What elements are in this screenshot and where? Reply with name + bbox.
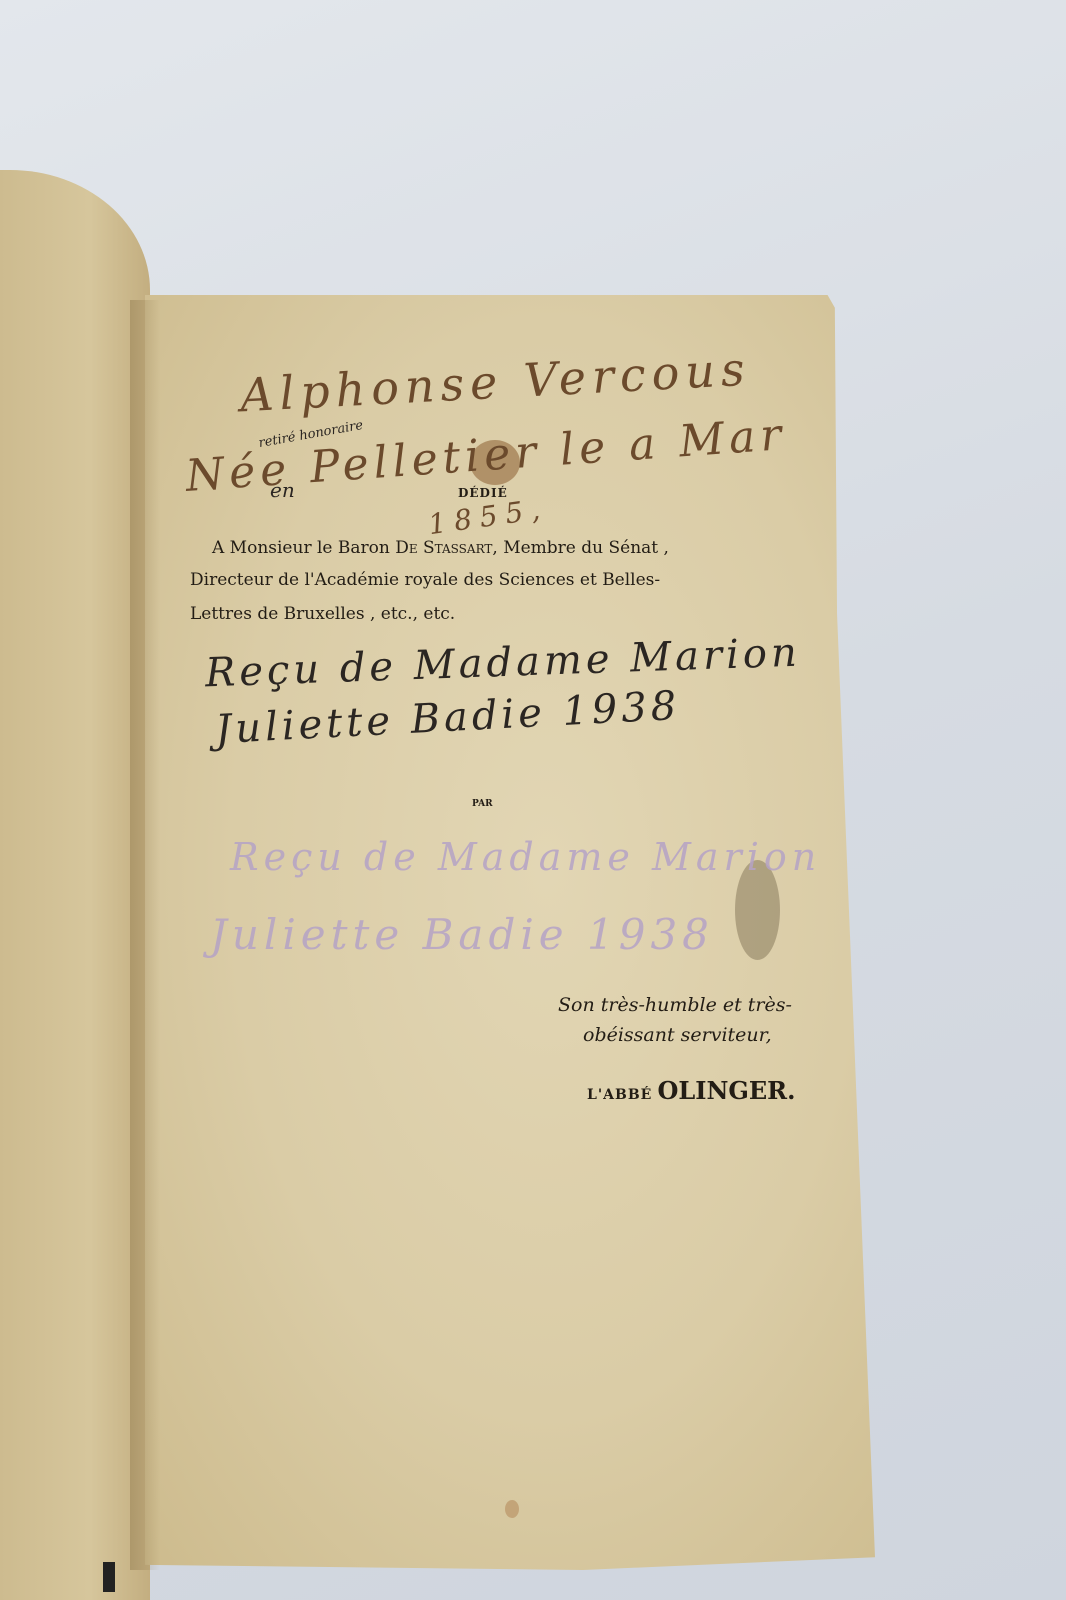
dedication-suffix: , Membre du Sénat , bbox=[492, 538, 669, 558]
handwriting-annotation-en: en bbox=[270, 478, 295, 502]
left-page bbox=[0, 170, 150, 1600]
book-gutter-shadow bbox=[130, 300, 160, 1570]
stain-bottom bbox=[505, 1500, 519, 1518]
dedication-name: De Stassart bbox=[395, 538, 492, 558]
author-line: L'ABBÉ OLINGER. bbox=[587, 1076, 795, 1105]
book-spine-edge bbox=[103, 1562, 115, 1592]
closing-line-2: obéissant serviteur, bbox=[583, 1024, 772, 1046]
author-name: OLINGER. bbox=[657, 1076, 795, 1105]
handwriting-violet-line-2: Juliette Badie 1938 bbox=[210, 910, 714, 959]
handwriting-violet-line-1: Reçu de Madame Marion bbox=[230, 835, 821, 879]
dedication-line-2: Directeur de l'Académie royale des Scien… bbox=[190, 570, 660, 590]
dedication-line-3: Lettres de Bruxelles , etc., etc. bbox=[190, 604, 455, 624]
dedication-line-1: A Monsieur le Baron De Stassart, Membre … bbox=[212, 538, 669, 558]
dedication-prefix: A Monsieur le Baron bbox=[212, 538, 395, 558]
par-label: PAR bbox=[472, 799, 493, 809]
author-prefix: L'ABBÉ bbox=[587, 1087, 652, 1103]
closing-line-1: Son très-humble et très- bbox=[558, 994, 792, 1016]
dedication-heading: DÉDIÉ bbox=[458, 486, 508, 500]
